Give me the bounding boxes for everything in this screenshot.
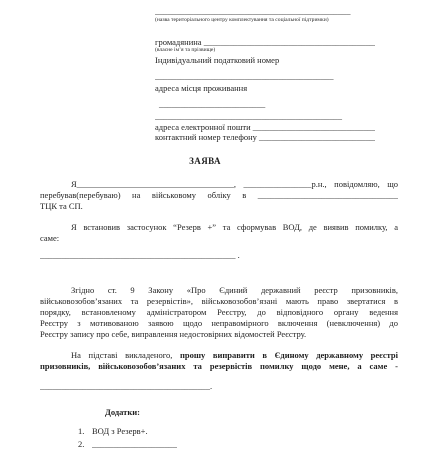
paragraph-identity-line2: перебував(перебуваю) на військовому облі… xyxy=(40,190,398,201)
address-blank-2: ________________________________________… xyxy=(155,111,375,122)
request-intro-text: На підставі викладеного, xyxy=(71,350,180,360)
paragraph-identity-line1: Я_____________________________________, … xyxy=(40,179,398,190)
paragraph-reserve-line1: Я встановив застосунок “Резерв +” та сфо… xyxy=(40,222,398,233)
paragraph-identity-line3: ТЦК та СП. xyxy=(40,201,398,212)
correction-details-blank: ________________________________________… xyxy=(40,381,398,392)
paragraph-request-line1: На підставі викладеного, прошу виправити… xyxy=(40,350,398,361)
address-blank-1: _________________________ xyxy=(155,99,375,110)
tcc-name-caption: (назва територіального центру комплектув… xyxy=(155,17,375,23)
tax-number-label: Індивідуальний податковий номер xyxy=(155,55,375,66)
address-label: адреса місця проживання xyxy=(155,83,375,94)
paragraph-legal-line4: Реєстру з мотивованою заявою щодо неправ… xyxy=(40,318,398,329)
phone-label: контактний номер телефону xyxy=(155,132,257,142)
phone-row: контактний номер телефону ______________… xyxy=(155,132,375,143)
paragraph-legal-basis: Згідно ст. 9 Закону «Про Єдиний державни… xyxy=(40,285,398,340)
additions-heading: Додатки: xyxy=(105,407,398,418)
tax-number-blank: ________________________________________… xyxy=(155,71,375,82)
paragraph-reserve-app: Я встановив застосунок “Резерв +” та сфо… xyxy=(40,222,398,261)
list-item-number: 2. xyxy=(78,438,92,449)
document-title: ЗАЯВА xyxy=(40,156,398,166)
paragraph-request: На підставі викладеного, прошу виправити… xyxy=(40,350,398,392)
citizen-name-blank: ________________________________________… xyxy=(204,37,375,47)
tcc-name-blank: ________________________________________… xyxy=(155,6,375,17)
document-body: Я_____________________________________, … xyxy=(40,179,398,449)
citizen-label: громадянина xyxy=(155,37,202,47)
list-item-number: 1. xyxy=(78,425,92,438)
error-description-blank: ________________________________________… xyxy=(40,250,398,261)
list-item-blank: ____________________ xyxy=(92,438,177,449)
email-label: адреса електронної пошти xyxy=(155,122,251,132)
phone-blank: ________________________________________ xyxy=(259,132,375,142)
email-blank: ________________________________________ xyxy=(253,122,375,132)
paragraph-reserve-line2: саме: xyxy=(40,233,398,244)
list-item: 2. ____________________ xyxy=(78,438,398,449)
request-bold-text-1: прошу виправити в Єдиному державному реє… xyxy=(180,350,398,360)
list-item: 1. ВОД з Резерв+. xyxy=(78,425,398,438)
list-item-text: ВОД з Резерв+. xyxy=(92,425,148,438)
paragraph-legal-line3: порядку, встановленому адміністратором Р… xyxy=(40,307,398,318)
paragraph-legal-line5: Реєстру запису про себе, виправлення нед… xyxy=(40,329,398,340)
paragraph-legal-line1: Згідно ст. 9 Закону «Про Єдиний державни… xyxy=(40,285,398,296)
paragraph-identity: Я_____________________________________, … xyxy=(40,179,398,212)
addressee-block: ________________________________________… xyxy=(155,6,375,143)
citizen-row: громадянина ____________________________… xyxy=(155,37,375,48)
citizen-name-caption: (власне ім’я та прізвище) xyxy=(155,47,375,53)
application-document-page: ________________________________________… xyxy=(0,0,428,449)
paragraph-request-line2: призовників, військовозобов’язаних та ре… xyxy=(40,361,398,372)
email-row: адреса електронної пошти _______________… xyxy=(155,122,375,133)
additions-list: 1. ВОД з Резерв+. 2. ___________________… xyxy=(78,425,398,449)
paragraph-legal-line2: військовозобов’язаних та резервістів», в… xyxy=(40,296,398,307)
